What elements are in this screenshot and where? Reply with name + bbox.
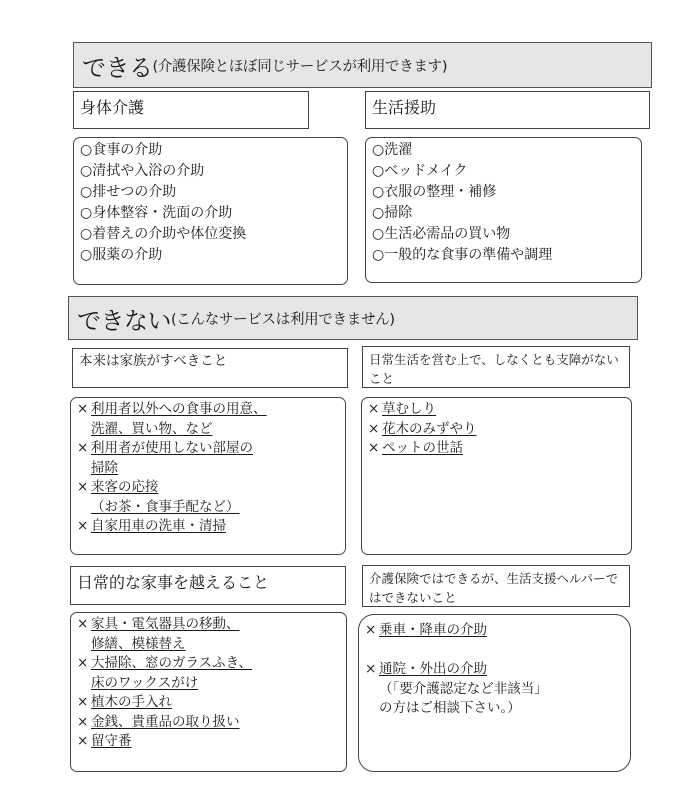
list-item: ×金銭、貴重品の取り扱い <box>77 713 340 733</box>
personal-care-list: ○食事の介助 ○清拭や入浴の介助 ○排せつの介助 ○身体整容・洗面の介助 ○着替… <box>73 137 348 285</box>
list-item: ○清拭や入浴の介助 <box>80 161 341 182</box>
cross-mark: × <box>368 420 382 440</box>
item-text: 洗濯、買い物、など <box>91 421 213 437</box>
cross-mark: × <box>77 615 91 635</box>
can-subtitle: (介護保険とほぼ同じサービスが利用できます) <box>153 55 448 76</box>
list-item: ×植木の手入れ <box>77 693 340 713</box>
can-banner: できる (介護保険とほぼ同じサービスが利用できます) <box>73 42 652 88</box>
cross-mark: × <box>77 400 91 420</box>
family-duty-header-label: 本来は家族がすべきこと <box>79 353 227 369</box>
list-item: ×利用者が使用しない部屋の <box>77 439 339 459</box>
family-duty-header: 本来は家族がすべきこと <box>72 348 348 388</box>
list-item: ○掃除 <box>372 203 635 224</box>
item-text: 利用者以外への食事の用意、 <box>91 401 267 417</box>
list-item: ○服薬の介助 <box>80 245 341 266</box>
list-item: ○生活必需品の買い物 <box>372 224 635 245</box>
daily-support-header: 生活援助 <box>365 91 650 129</box>
list-item: ○身体整容・洗面の介助 <box>80 203 341 224</box>
cross-mark: × <box>77 478 91 498</box>
note-line: の方はご相談下さい。） <box>365 699 624 719</box>
list-item: ×家具・電気器具の移動、 <box>77 615 340 635</box>
cross-mark: × <box>77 654 91 674</box>
list-item: ×乗車・降車の介助 <box>365 621 624 641</box>
personal-care-header-label: 身体介護 <box>80 98 144 117</box>
list-item: ×草むしり <box>368 400 625 420</box>
list-item-continuation: 洗濯、買い物、など <box>77 420 339 440</box>
list-item-continuation: 修繕、模様替え <box>77 635 340 655</box>
helper-cannot-header-label: 介護保険ではできるが、生活支援ヘルパーではできないこと <box>369 571 618 605</box>
item-text: 花木のみずやり <box>382 421 477 437</box>
not-needed-header: 日常生活を営む上で、しなくとも支障がないこと <box>362 346 630 388</box>
item-text: 通院・外出の介助 <box>379 661 487 677</box>
list-item: ○洗濯 <box>372 140 635 161</box>
list-item-continuation: 掃除 <box>77 459 339 479</box>
cannot-banner: できない (こんなサービスは利用できません) <box>68 296 638 340</box>
cross-mark: × <box>77 439 91 459</box>
item-text: 来客の応接 <box>91 479 159 495</box>
list-item: ○排せつの介助 <box>80 182 341 203</box>
item-text: 留守番 <box>91 733 132 749</box>
cross-mark: × <box>77 732 91 752</box>
item-text: 乗車・降車の介助 <box>379 622 487 638</box>
list-item: ×来客の応接 <box>77 478 339 498</box>
list-item: ○一般的な食事の準備や調理 <box>372 245 635 266</box>
item-text: 植木の手入れ <box>91 694 172 710</box>
list-item: ○ベッドメイク <box>372 161 635 182</box>
list-item: ×利用者以外への食事の用意、 <box>77 400 339 420</box>
not-needed-header-label: 日常生活を営む上で、しなくとも支障がないこと <box>369 352 619 386</box>
beyond-housework-header: 日常的な家事を越えること <box>70 566 346 605</box>
cannot-subtitle: (こんなサービスは利用できません) <box>171 308 395 329</box>
list-item: ○衣服の整理・補修 <box>372 182 635 203</box>
list-item: ×花木のみずやり <box>368 420 625 440</box>
cross-mark: × <box>77 693 91 713</box>
list-item: ×通院・外出の介助 <box>365 660 624 680</box>
daily-support-list: ○洗濯 ○ベッドメイク ○衣服の整理・補修 ○掃除 ○生活必需品の買い物 ○一般… <box>365 137 642 283</box>
cannot-title: できない <box>77 301 171 336</box>
item-text: 草むしり <box>382 401 436 417</box>
item-text: 大掃除、窓のガラスふき、 <box>91 655 252 671</box>
family-duty-list: ×利用者以外への食事の用意、 洗濯、買い物、など ×利用者が使用しない部屋の 掃… <box>70 397 346 555</box>
cross-mark: × <box>365 621 379 641</box>
list-item: ○着替えの介助や体位変換 <box>80 224 341 245</box>
personal-care-header: 身体介護 <box>73 91 309 129</box>
can-title: できる <box>82 48 153 83</box>
item-text: 床のワックスがけ <box>91 675 198 691</box>
item-text: 修繕、模様替え <box>91 636 186 652</box>
cross-mark: × <box>365 660 379 680</box>
list-item-continuation: （お茶・食事手配など） <box>77 498 339 518</box>
item-text: 金銭、貴重品の取り扱い <box>91 714 240 730</box>
beyond-housework-list: ×家具・電気器具の移動、 修繕、模様替え ×大掃除、窓のガラスふき、 床のワック… <box>70 612 347 772</box>
helper-cannot-list: ×乗車・降車の介助 ×通院・外出の介助 （「要介護認定など非該当」 の方はご相談… <box>358 614 631 772</box>
list-item: ×ペットの世話 <box>368 439 625 459</box>
note-line: （「要介護認定など非該当」 <box>365 680 624 700</box>
list-item: ×自家用車の洗車・清掃 <box>77 517 339 537</box>
cross-mark: × <box>77 713 91 733</box>
list-item-continuation: 床のワックスがけ <box>77 674 340 694</box>
cross-mark: × <box>77 517 91 537</box>
list-item: ○食事の介助 <box>80 140 341 161</box>
beyond-housework-header-label: 日常的な家事を越えること <box>77 573 269 592</box>
item-text: 掃除 <box>91 460 118 476</box>
list-item: ×留守番 <box>77 732 340 752</box>
item-text: （お茶・食事手配など） <box>91 499 240 515</box>
item-text: 利用者が使用しない部屋の <box>91 440 253 456</box>
cross-mark: × <box>368 400 382 420</box>
item-text: 家具・電気器具の移動、 <box>91 616 240 632</box>
list-item: ×大掃除、窓のガラスふき、 <box>77 654 340 674</box>
spacer <box>365 641 624 661</box>
item-text: 自家用車の洗車・清掃 <box>91 518 226 534</box>
daily-support-header-label: 生活援助 <box>372 98 436 117</box>
item-text: ペットの世話 <box>382 440 463 456</box>
helper-cannot-header: 介護保険ではできるが、生活支援ヘルパーではできないこと <box>362 565 630 607</box>
not-needed-list: ×草むしり ×花木のみずやり ×ペットの世話 <box>361 397 632 555</box>
cross-mark: × <box>368 439 382 459</box>
